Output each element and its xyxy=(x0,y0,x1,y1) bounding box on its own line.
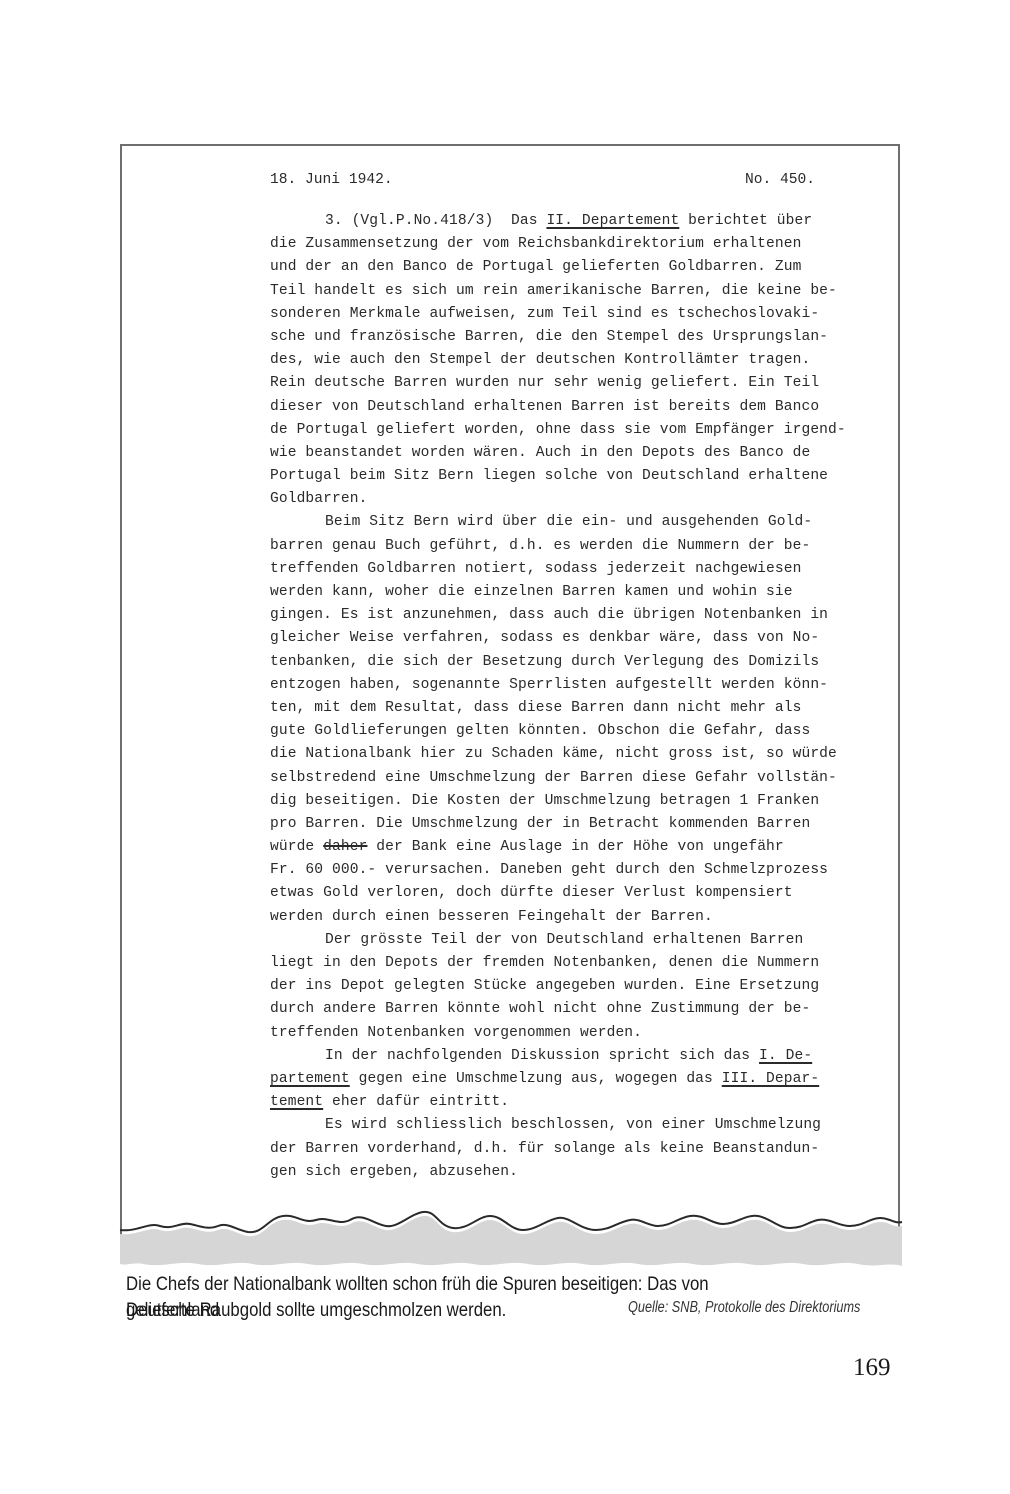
text-line: wie beanstandet worden wären. Auch in de… xyxy=(270,442,850,465)
text-line: Rein deutsche Barren wurden nur sehr wen… xyxy=(270,372,850,395)
text-line: In der nachfolgenden Diskussion spricht … xyxy=(270,1045,850,1068)
text-line: Goldbarren. xyxy=(270,488,850,511)
text-line: gingen. Es ist anzunehmen, dass auch die… xyxy=(270,604,850,627)
text-line: liegt in den Depots der fremden Notenban… xyxy=(270,952,850,975)
text-line: werden durch einen besseren Feingehalt d… xyxy=(270,906,850,929)
page-number: 169 xyxy=(853,1354,891,1382)
caption-source: Quelle: SNB, Protokolle des Direktoriums xyxy=(628,1299,860,1317)
document-date: 18. Juni 1942. xyxy=(270,172,393,188)
text-line: barren genau Buch geführt, d.h. es werde… xyxy=(270,535,850,558)
caption-line-2: gelieferte Raubgold sollte umgeschmolzen… xyxy=(126,1297,506,1323)
text-line: pro Barren. Die Umschmelzung der in Betr… xyxy=(270,813,850,836)
text-line: tenbanken, die sich der Besetzung durch … xyxy=(270,651,850,674)
text-line: tement eher dafür eintritt. xyxy=(270,1091,850,1114)
text-line: sche und französische Barren, die den St… xyxy=(270,326,850,349)
text-line: selbstredend eine Umschmelzung der Barre… xyxy=(270,767,850,790)
text-line: entzogen haben, sogenannte Sperrlisten a… xyxy=(270,674,850,697)
text-line: Beim Sitz Bern wird über die ein- und au… xyxy=(270,511,850,534)
text-line: de Portugal geliefert worden, ohne dass … xyxy=(270,419,850,442)
text-line: ten, mit dem Resultat, dass diese Barren… xyxy=(270,697,850,720)
text-line: gleicher Weise verfahren, sodass es denk… xyxy=(270,627,850,650)
text-line: treffenden Goldbarren notiert, sodass je… xyxy=(270,558,850,581)
text-line: die Zusammensetzung der vom Reichsbankdi… xyxy=(270,233,850,256)
text-line: dieser von Deutschland erhaltenen Barren… xyxy=(270,396,850,419)
typewritten-minutes: 3. (Vgl.P.No.418/3) Das II. Departement … xyxy=(270,210,850,1184)
text-line: Der grösste Teil der von Deutschland erh… xyxy=(270,929,850,952)
text-line: Fr. 60 000.- verursachen. Daneben geht d… xyxy=(270,859,850,882)
text-line: gen sich ergeben, abzusehen. xyxy=(270,1161,850,1184)
text-line: der ins Depot gelegten Stücke angegeben … xyxy=(270,975,850,998)
text-line: der Barren vorderhand, d.h. für solange … xyxy=(270,1138,850,1161)
text-line: durch andere Barren könnte wohl nicht oh… xyxy=(270,998,850,1021)
text-line: dig beseitigen. Die Kosten der Umschmelz… xyxy=(270,790,850,813)
text-line: Teil handelt es sich um rein amerikanisc… xyxy=(270,280,850,303)
text-line: 3. (Vgl.P.No.418/3) Das II. Departement … xyxy=(270,210,850,233)
text-line: etwas Gold verloren, doch dürfte dieser … xyxy=(270,882,850,905)
document-number: No. 450. xyxy=(745,172,815,188)
torn-edge-decoration xyxy=(118,1206,904,1276)
text-line: gute Goldlieferungen gelten könnten. Obs… xyxy=(270,720,850,743)
text-line: sonderen Merkmale aufweisen, zum Teil si… xyxy=(270,303,850,326)
text-line: werden kann, woher die einzelnen Barren … xyxy=(270,581,850,604)
text-line: würde daher der Bank eine Auslage in der… xyxy=(270,836,850,859)
text-line: treffenden Notenbanken vorgenommen werde… xyxy=(270,1022,850,1045)
text-line: die Nationalbank hier zu Schaden käme, n… xyxy=(270,743,850,766)
text-line: des, wie auch den Stempel der deutschen … xyxy=(270,349,850,372)
text-line: partement gegen eine Umschmelzung aus, w… xyxy=(270,1068,850,1091)
text-line: und der an den Banco de Portugal geliefe… xyxy=(270,256,850,279)
text-line: Portugal beim Sitz Bern liegen solche vo… xyxy=(270,465,850,488)
text-line: Es wird schliesslich beschlossen, von ei… xyxy=(270,1114,850,1137)
